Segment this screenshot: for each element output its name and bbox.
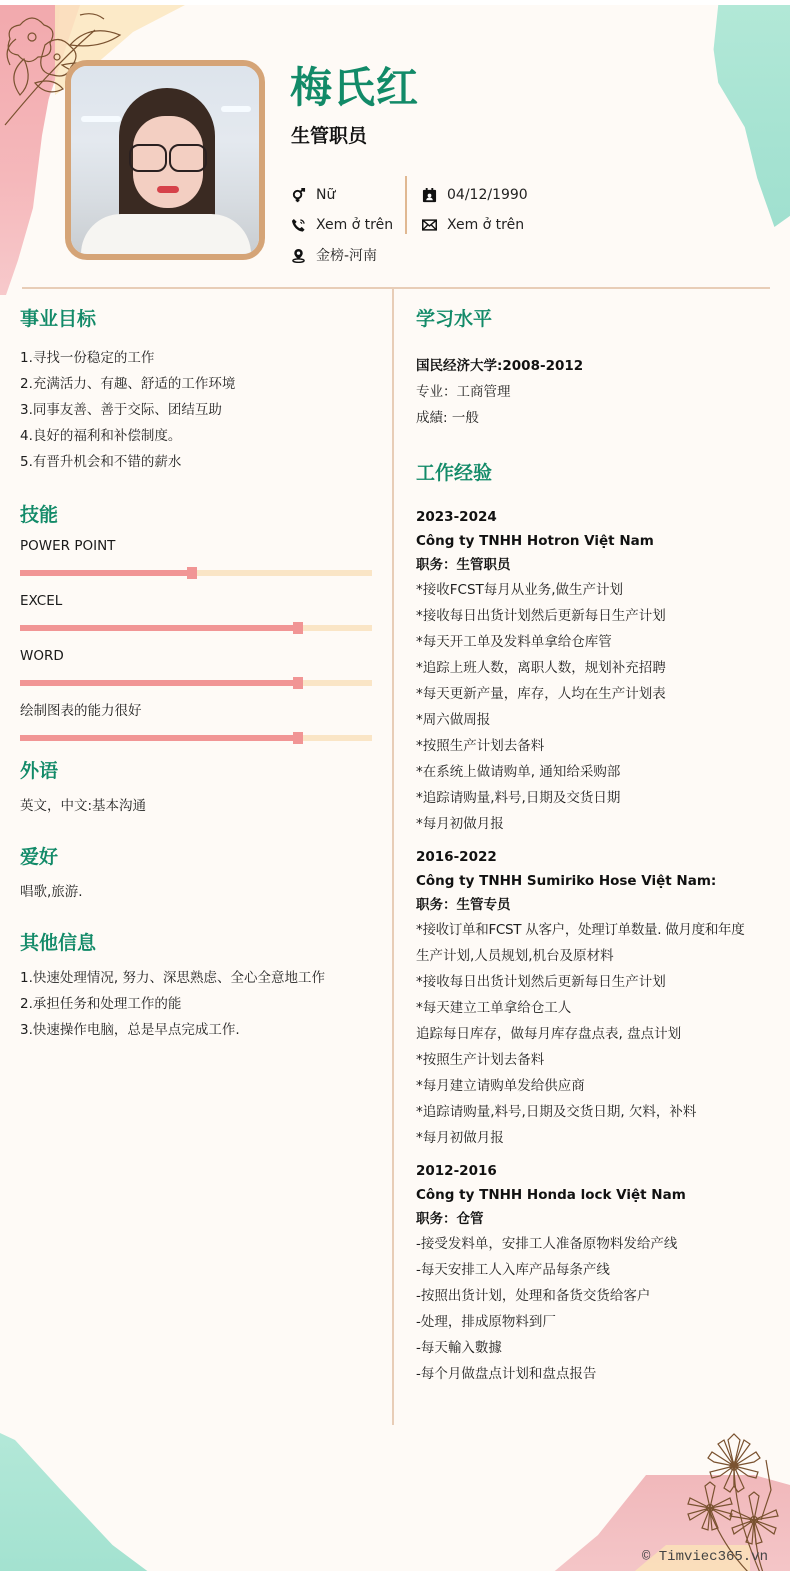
- skill-item: POWER POINT: [20, 537, 375, 576]
- job-entry: 2023-2024 Công ty TNHH Hotron Việt Nam 职…: [416, 505, 786, 837]
- job-duty: *接收每日出货计划然后更新每日生产计划: [416, 969, 786, 995]
- skill-bar: [20, 735, 372, 741]
- info-address: 金榜-河南: [290, 245, 377, 265]
- job-period: 2023-2024: [416, 505, 786, 529]
- job-duty: *追踪请购量,料号,日期及交货日期, 欠料，补料: [416, 1099, 786, 1125]
- job-duty: *每天建立工单拿给仓工人: [416, 995, 786, 1021]
- job-period: 2016-2022: [416, 845, 786, 869]
- info-gender: Nữ: [290, 185, 335, 205]
- envelope-icon: [421, 217, 437, 233]
- job-duty: -每天安排工人入库产品每条产线: [416, 1257, 786, 1283]
- watercolor-mint-decoration: [0, 1433, 150, 1571]
- candidate-name: 梅氏红: [290, 55, 419, 115]
- job-duty: *按照生产计划去备料: [416, 1047, 786, 1073]
- objective-item: 5.有晋升机会和不错的薪水: [20, 449, 375, 475]
- objective-item: 4.良好的福利和补偿制度。: [20, 423, 375, 449]
- info-phone: Xem ở trên: [290, 215, 393, 235]
- header-divider: [22, 287, 770, 289]
- gender-value: Nữ: [316, 187, 335, 203]
- job-duty: *接收订单和FCST 从客户，处理订单数量. 做月度和年度: [416, 917, 786, 943]
- phone-icon: [290, 217, 306, 233]
- languages-heading: 外语: [20, 757, 375, 785]
- hobbies-section: 爱好 唱歌,旅游.: [20, 843, 375, 905]
- other-info-item: 1.快速处理情况, 努力、深思熟虑、全心全意地工作: [20, 965, 375, 991]
- skills-section: 技能 POWER POINT EXCEL WORD 绘制图表的能力很好: [20, 501, 375, 741]
- address-value: 金榜-河南: [316, 245, 377, 265]
- job-duty: *每月初做月报: [416, 811, 786, 837]
- objective-heading: 事业目标: [20, 305, 375, 333]
- map-pin-icon: [290, 247, 306, 263]
- left-column: 事业目标 1.寻找一份稳定的工作 2.充满活力、有趣、舒适的工作环境 3.同事友…: [20, 305, 375, 1043]
- photo-image: [71, 66, 259, 254]
- skill-item: EXCEL: [20, 592, 375, 631]
- ceiling-light: [221, 106, 251, 112]
- job-company: Công ty TNHH Sumiriko Hose Việt Nam:: [416, 869, 786, 893]
- job-duty: *追踪上班人数，离职人数，规划补充招聘: [416, 655, 786, 681]
- other-info-heading: 其他信息: [20, 929, 375, 957]
- photo-shirt: [81, 214, 251, 260]
- job-duty: *追踪请购量,料号,日期及交货日期: [416, 785, 786, 811]
- languages-text: 英文，中文:基本沟通: [20, 793, 375, 819]
- job-duty: -处理，排成原物料到厂: [416, 1309, 786, 1335]
- gender-icon: [290, 187, 306, 203]
- job-duty: 生产计划,人员规划,机台及原材料: [416, 943, 786, 969]
- column-divider: [392, 289, 394, 1425]
- objective-item: 1.寻找一份稳定的工作: [20, 345, 375, 371]
- phone-value: Xem ở trên: [316, 217, 393, 233]
- job-role: 职务：仓管: [416, 1207, 786, 1231]
- hobbies-text: 唱歌,旅游.: [20, 879, 375, 905]
- job-role: 职务：生管专员: [416, 893, 786, 917]
- watercolor-mint-decoration: [712, 5, 790, 227]
- info-divider: [405, 176, 407, 234]
- skill-bar: [20, 680, 372, 686]
- calendar-icon: [421, 187, 437, 203]
- objective-section: 事业目标 1.寻找一份稳定的工作 2.充满活力、有趣、舒适的工作环境 3.同事友…: [20, 305, 375, 475]
- job-period: 2012-2016: [416, 1159, 786, 1183]
- dob-value: 04/12/1990: [447, 187, 528, 203]
- job-duty: *每天更新产量，库存，人均在生产计划表: [416, 681, 786, 707]
- job-duty: *周六做周报: [416, 707, 786, 733]
- right-column: 学习水平 国民经济大学:2008-2012 专业：工商管理 成績: 一般 工作经…: [416, 305, 786, 1387]
- photo-glasses: [129, 144, 207, 168]
- job-duty: *每月初做月报: [416, 1125, 786, 1151]
- skill-item: WORD: [20, 647, 375, 686]
- job-entry: 2016-2022 Công ty TNHH Sumiriko Hose Việ…: [416, 845, 786, 1151]
- other-info-section: 其他信息 1.快速处理情况, 努力、深思熟虑、全心全意地工作 2.承担任务和处理…: [20, 929, 375, 1043]
- job-duty: -每天輸入數據: [416, 1335, 786, 1361]
- languages-section: 外语 英文，中文:基本沟通: [20, 757, 375, 819]
- education-grade: 成績: 一般: [416, 405, 786, 431]
- skill-bar: [20, 625, 372, 631]
- job-entry: 2012-2016 Công ty TNHH Honda lock Việt N…: [416, 1159, 786, 1387]
- info-email: Xem ở trên: [421, 215, 524, 235]
- info-dob: 04/12/1990: [421, 185, 528, 205]
- job-company: Công ty TNHH Hotron Việt Nam: [416, 529, 786, 553]
- watermark: © Timviec365.vn: [642, 1549, 768, 1565]
- job-duty: -每个月做盘点计划和盘点报告: [416, 1361, 786, 1387]
- job-duty: *每天开工单及发料单拿给仓库管: [416, 629, 786, 655]
- education-section: 学习水平 国民经济大学:2008-2012 专业：工商管理 成績: 一般: [416, 305, 786, 431]
- job-duty: *接收每日出货计划然后更新每日生产计划: [416, 603, 786, 629]
- skill-label: POWER POINT: [20, 537, 375, 555]
- education-school: 国民经济大学:2008-2012: [416, 353, 786, 379]
- job-role: 职务：生管职员: [416, 553, 786, 577]
- skill-label: EXCEL: [20, 592, 375, 610]
- hobbies-heading: 爱好: [20, 843, 375, 871]
- objective-item: 3.同事友善、善于交际、团结互助: [20, 397, 375, 423]
- education-major: 专业：工商管理: [416, 379, 786, 405]
- other-info-item: 2.承担任务和处理工作的能: [20, 991, 375, 1017]
- job-duty: *每月建立请购单发给供应商: [416, 1073, 786, 1099]
- profile-photo: [65, 60, 265, 260]
- job-duty: 追踪每日库存，做每月库存盘点表, 盘点计划: [416, 1021, 786, 1047]
- job-duty: -按照出货计划，处理和备货交货给客户: [416, 1283, 786, 1309]
- photo-lips: [157, 186, 179, 193]
- job-duty: *按照生产计划去备料: [416, 733, 786, 759]
- skill-label: WORD: [20, 647, 375, 665]
- job-company: Công ty TNHH Honda lock Việt Nam: [416, 1183, 786, 1207]
- email-value: Xem ở trên: [447, 217, 524, 233]
- education-heading: 学习水平: [416, 305, 786, 333]
- skill-item: 绘制图表的能力很好: [20, 702, 375, 741]
- skill-label: 绘制图表的能力很好: [20, 702, 375, 720]
- objective-item: 2.充满活力、有趣、舒适的工作环境: [20, 371, 375, 397]
- skill-bar: [20, 570, 372, 576]
- candidate-title: 生管职员: [291, 121, 367, 148]
- job-duty: -接受发料单，安排工人准备原物料发给产线: [416, 1231, 786, 1257]
- experience-heading: 工作经验: [416, 459, 786, 487]
- job-duty: *接收FCST每月从业务,做生产计划: [416, 577, 786, 603]
- skills-heading: 技能: [20, 501, 375, 529]
- job-duty: *在系统上做请购单, 通知给采购部: [416, 759, 786, 785]
- other-info-item: 3.快速操作电脑，总是早点完成工作.: [20, 1017, 375, 1043]
- resume-page: 梅氏红 生管职员 Nữ Xem ở trên 金榜-河南 04/12/1990 …: [0, 5, 790, 1571]
- ceiling-light: [81, 116, 121, 122]
- experience-section: 工作经验 2023-2024 Công ty TNHH Hotron Việt …: [416, 459, 786, 1387]
